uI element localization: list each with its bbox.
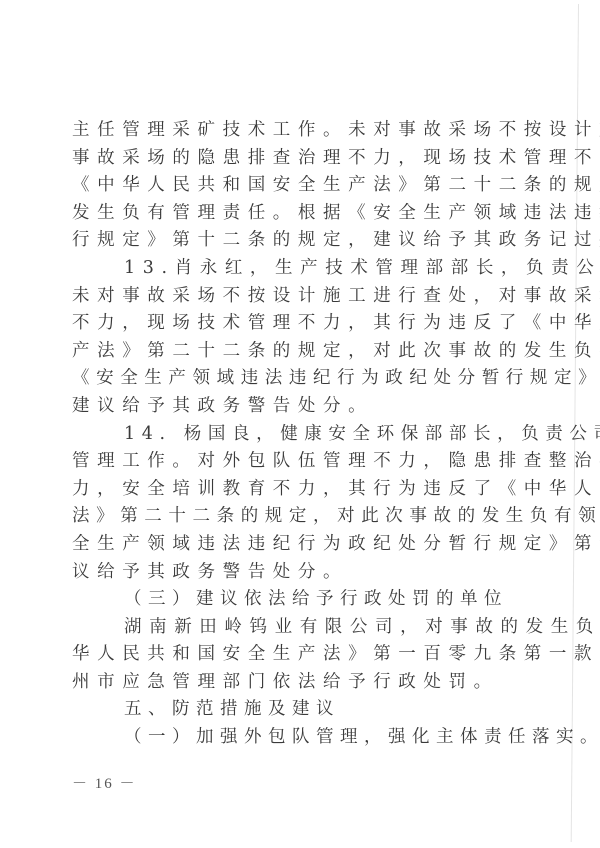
text-line: 力，安全培训教育不力，其行为违反了《中华人民共和国安全生产: [72, 476, 520, 504]
paragraph-14-start: 14. 杨国良，健康安全环保部部长，负责公司健康、安全、环保: [72, 421, 520, 449]
page-number: － 16 －: [72, 772, 137, 793]
text-line: 州市应急管理部门依法给予行政处罚。: [72, 669, 520, 697]
text-line: 全生产领域违法违纪行为政纪处分暂行规定》第十二条的规定，建: [72, 531, 520, 559]
text-line: 事故采场的隐患排查治理不力，现场技术管理不力，其行为违反了: [72, 145, 520, 173]
text-line: 发生负有管理责任。根据《安全生产领域违法违纪行为政纪处分暂: [72, 200, 520, 228]
text-line: 主任管理采矿技术工作。未对事故采场不按设计施工进行查处，对: [72, 117, 520, 145]
text-line: 《安全生产领域违法违纪行为政纪处分暂行规定》第十二条的规定，: [72, 365, 520, 393]
document-page: 主任管理采矿技术工作。未对事故采场不按设计施工进行查处，对 事故采场的隐患排查治…: [0, 0, 600, 848]
section-heading-5: 五、防范措施及建议: [72, 696, 520, 724]
text-line: 未对事故采场不按设计施工进行查处，对事故采场的隐患排查治理: [72, 283, 520, 311]
body-text: 主任管理采矿技术工作。未对事故采场不按设计施工进行查处，对 事故采场的隐患排查治…: [72, 117, 520, 752]
section-heading-3: （三）建议依法给予行政处罚的单位: [72, 586, 520, 614]
paragraph-company-start: 湖南新田岭钨业有限公司，对事故的发生负有责任，根据《中: [72, 614, 520, 642]
paragraph-13-start: 13.肖永红，生产技术管理部部长，负责公司生产技术管理工作。: [72, 255, 520, 283]
text-line: 《中华人民共和国安全生产法》第二十二条的规定，对此次事故的: [72, 172, 520, 200]
text-line: 管理工作。对外包队伍管理不力，隐患排查整治不力，安全管理不: [72, 448, 520, 476]
text-line: 行规定》第十二条的规定，建议给予其政务记过处分。: [72, 227, 520, 255]
subsection-heading-1: （一）加强外包队管理，强化主体责任落实。一是承包单位应: [72, 724, 520, 752]
text-line: 建议给予其政务警告处分。: [72, 393, 520, 421]
text-line: 法》第二十二条的规定，对此次事故的发生负有领导责任。根据《安: [72, 503, 520, 531]
text-line: 议给予其政务警告处分。: [72, 559, 520, 587]
text-line: 产法》第二十二条的规定，对此次事故的发生负有领导责任。根据: [72, 338, 520, 366]
text-line: 华人民共和国安全生产法》第一百零九条第一款的规定，建议由郴: [72, 641, 520, 669]
text-line: 不力，现场技术管理不力，其行为违反了《中华人民共和国安全生: [72, 310, 520, 338]
